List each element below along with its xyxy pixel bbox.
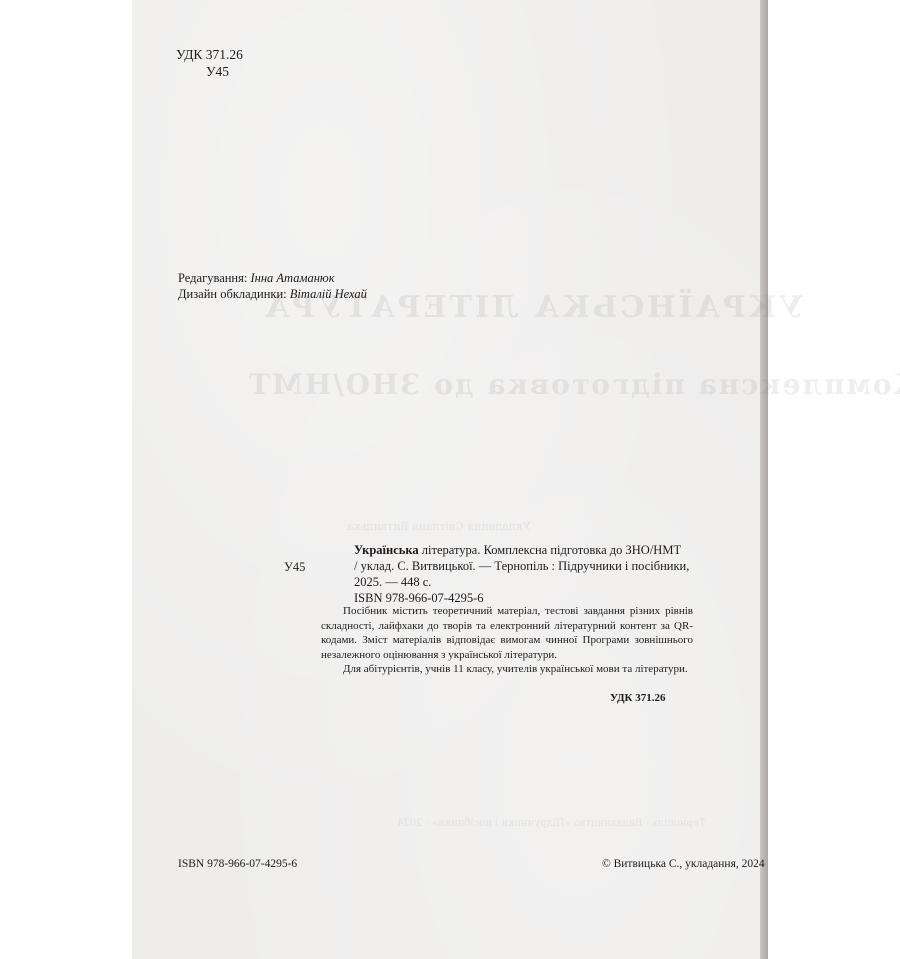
bib-line-3: 2025. — 448 с. <box>354 574 714 590</box>
abstract: Посібник містить теоретичний матеріал, т… <box>321 604 693 677</box>
bib-line-1: Українська література. Комплексна підгот… <box>354 542 714 558</box>
book-page: УКРАЇНСЬКА ЛІТЕРАТУРА Комплексна підгото… <box>132 0 768 959</box>
show-through-compiler: Укладання Світлана Витвицька <box>347 520 530 533</box>
bibliographic-record: Українська література. Комплексна підгот… <box>354 542 714 606</box>
isbn-bottom: ISBN 978-966-07-4295-6 <box>178 857 297 872</box>
credit-name: Інна Атаманюк <box>250 271 334 285</box>
copyright-notice: © Витвицька С., укладання, 2024 <box>602 857 765 872</box>
credit-cover-design: Дизайн обкладинки: Віталій Нехай <box>178 286 367 302</box>
udk-classification-right: УДК 371.26 <box>610 691 666 706</box>
show-through-publisher: Тернопіль · Видавництво «Підручники і по… <box>397 818 706 829</box>
audience-paragraph: Для абітурієнтів, учнів 11 класу, учител… <box>321 662 693 677</box>
author-mark: У45 <box>176 63 243 80</box>
bib-line-2: / уклад. С. Витвицької. — Тернопіль : Пі… <box>354 558 714 574</box>
bib-title-rest: література. Комплексна підготовка до ЗНО… <box>419 543 681 557</box>
bib-author-mark: У45 <box>284 560 305 575</box>
credits: Редагування: Інна Атаманюк Дизайн обклад… <box>178 270 367 302</box>
bib-title-bold: Українська <box>354 543 419 557</box>
credit-name: Віталій Нехай <box>290 287 367 301</box>
abstract-paragraph: Посібник містить теоретичний матеріал, т… <box>321 604 693 662</box>
udk-classification-top: УДК 371.26 У45 <box>176 46 243 80</box>
udk-code: УДК 371.26 <box>176 47 243 62</box>
credit-label: Дизайн обкладинки: <box>178 287 290 301</box>
page-edge-shadow <box>760 0 768 959</box>
credit-editor: Редагування: Інна Атаманюк <box>178 270 367 286</box>
show-through-subtitle: Комплексна підготовка до ЗНО/НМТ <box>247 368 900 401</box>
credit-label: Редагування: <box>178 271 250 285</box>
